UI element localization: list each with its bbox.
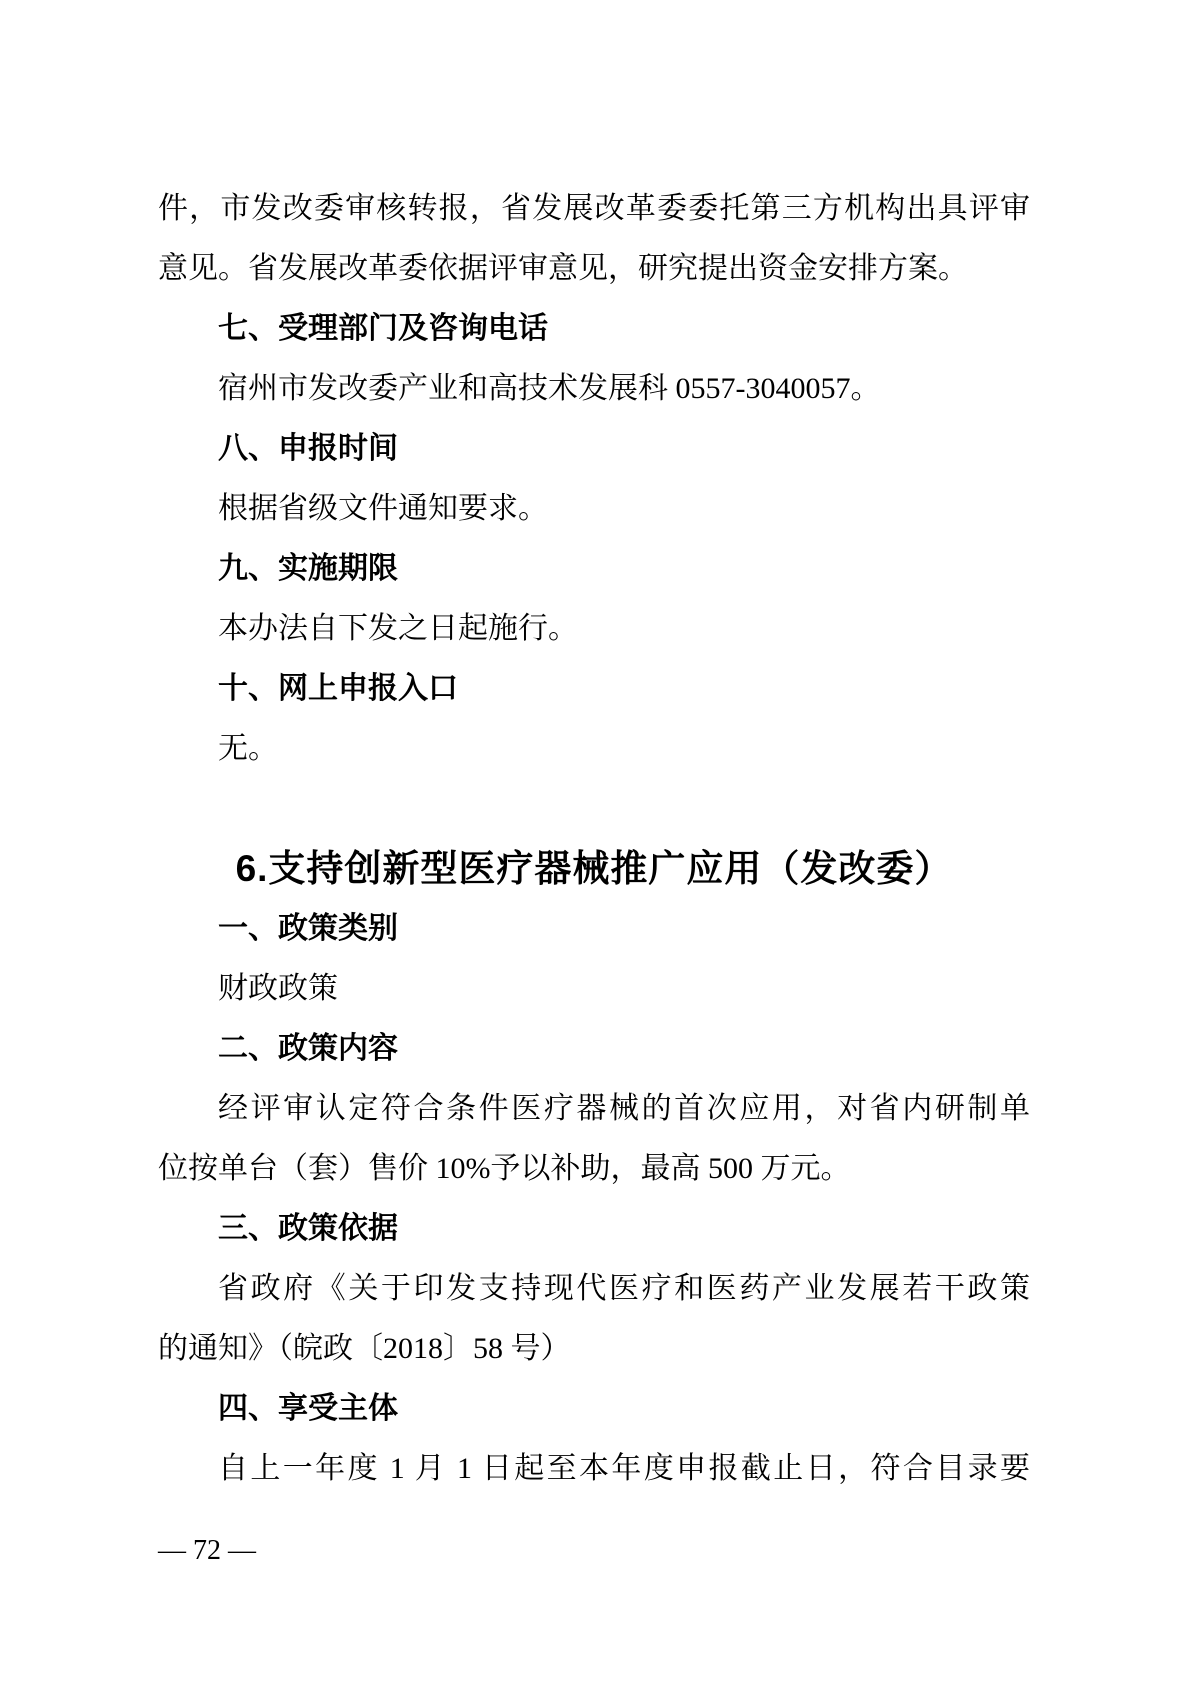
body-line: 宿州市发改委产业和高技术发展科 0557-3040057。	[158, 359, 1030, 419]
body-line: 自上一年度 1 月 1 日起至本年度申报截止日，符合目录要	[158, 1439, 1030, 1499]
page-number: — 72 —	[158, 1531, 256, 1571]
section-heading: 十、网上申报入口	[158, 659, 1030, 719]
document-page: 件，市发改委审核转报，省发展改革委委托第三方机构出具评审 意见。省发展改革委依据…	[0, 0, 1190, 1683]
body-line: 根据省级文件通知要求。	[158, 479, 1030, 539]
body-line: 财政政策	[158, 959, 1030, 1019]
body-line: 的通知》（皖政〔2018〕58 号）	[158, 1319, 1030, 1379]
body-line: 位按单台（套）售价 10%予以补助，最高 500 万元。	[158, 1139, 1030, 1199]
body-line: 经评审认定符合条件医疗器械的首次应用，对省内研制单	[158, 1079, 1030, 1139]
body-line: 本办法自下发之日起施行。	[158, 599, 1030, 659]
section-title: 6.支持创新型医疗器械推广应用（发改委）	[158, 839, 1030, 899]
section-heading: 二、政策内容	[158, 1019, 1030, 1079]
section-heading: 三、政策依据	[158, 1199, 1030, 1259]
body-line: 无。	[158, 719, 1030, 779]
body-line: 省政府《关于印发支持现代医疗和医药产业发展若干政策	[158, 1259, 1030, 1319]
section-heading: 四、享受主体	[158, 1379, 1030, 1439]
body-line: 件，市发改委审核转报，省发展改革委委托第三方机构出具评审	[158, 179, 1030, 239]
body-line: 意见。省发展改革委依据评审意见，研究提出资金安排方案。	[158, 239, 1030, 299]
section-heading: 一、政策类别	[158, 899, 1030, 959]
section-heading: 八、申报时间	[158, 419, 1030, 479]
section-heading: 九、实施期限	[158, 539, 1030, 599]
vertical-gap	[158, 779, 1030, 839]
text-column: 件，市发改委审核转报，省发展改革委委托第三方机构出具评审 意见。省发展改革委依据…	[158, 179, 1030, 1499]
section-heading: 七、受理部门及咨询电话	[158, 299, 1030, 359]
